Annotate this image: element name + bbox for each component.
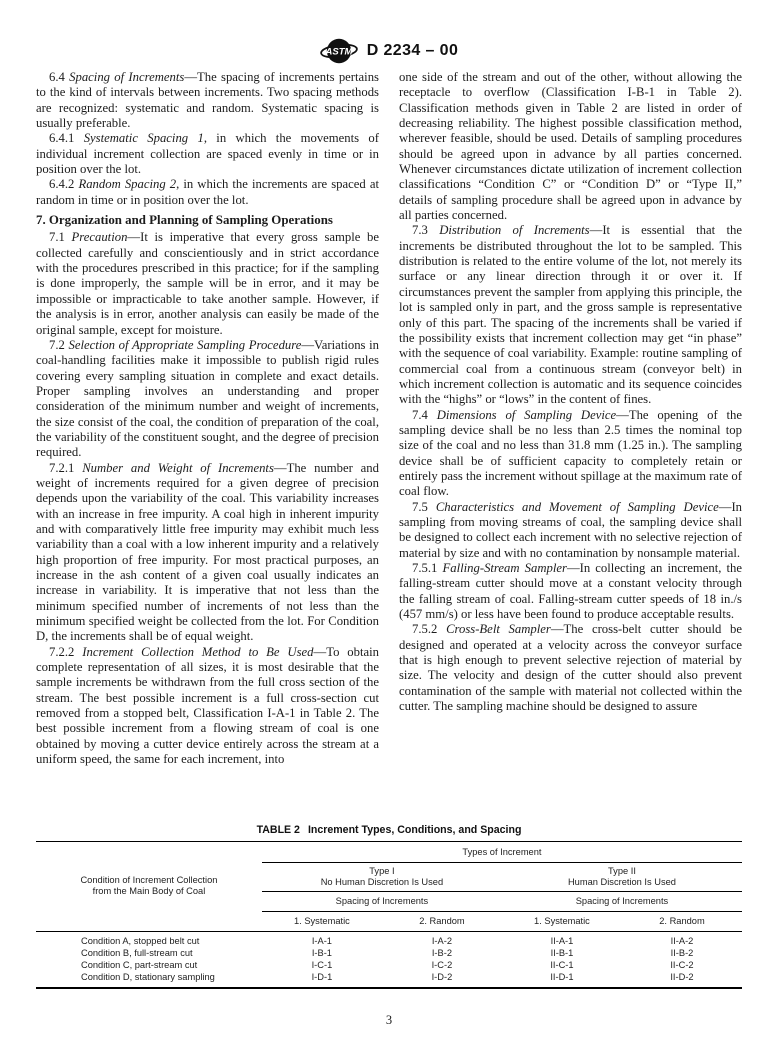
paragraph: 7.5 Characteristics and Movement of Samp… (399, 500, 742, 561)
spacing-header-type2: Spacing of Increments (502, 891, 742, 911)
doc-number: D 2234 – 00 (367, 42, 459, 60)
table-row: Condition C, part-stream cutI-C-1I-C-2II… (36, 959, 742, 971)
leaf-header-random-2: 2. Random (622, 911, 742, 931)
spacing-header-type1: Spacing of Increments (262, 891, 502, 911)
stub-header-line1: Condition of Increment Collection (42, 875, 256, 886)
type-1-header: Type I No Human Discretion Is Used (262, 862, 502, 891)
classification-code: II-D-1 (502, 971, 622, 987)
table-2: Condition of Increment Collection from t… (36, 841, 742, 989)
classification-code: I-D-2 (382, 971, 502, 987)
paragraph: 7.2.1 Number and Weight of Increments—Th… (36, 461, 379, 645)
classification-code: II-B-1 (502, 947, 622, 959)
section-heading: 7. Organization and Planning of Sampling… (36, 213, 379, 228)
document-page: ASTM D 2234 – 00 6.4 Spacing of Incremen… (0, 0, 778, 1041)
condition-label: Condition A, stopped belt cut (36, 931, 262, 947)
group-header: Types of Increment (262, 842, 742, 863)
table-title: TABLE 2Increment Types, Conditions, and … (36, 824, 742, 836)
classification-code: I-A-1 (262, 931, 382, 947)
doc-header: ASTM D 2234 – 00 (0, 0, 778, 68)
table-2-block: TABLE 2Increment Types, Conditions, and … (0, 824, 778, 989)
paragraph: 7.4 Dimensions of Sampling Device—The op… (399, 408, 742, 500)
paragraph: 7.5.2 Cross-Belt Sampler—The cross-belt … (399, 622, 742, 714)
paragraph: 6.4 Spacing of Increments—The spacing of… (36, 70, 379, 131)
page-number: 3 (386, 1013, 392, 1027)
table-row: Condition D, stationary samplingI-D-1I-D… (36, 971, 742, 987)
classification-code: II-A-1 (502, 931, 622, 947)
leaf-header-random-1: 2. Random (382, 911, 502, 931)
table-title-label: TABLE 2 (257, 824, 300, 836)
classification-code: I-B-2 (382, 947, 502, 959)
stub-header: Condition of Increment Collection from t… (36, 842, 262, 932)
condition-label: Condition D, stationary sampling (36, 971, 262, 987)
left-column: 6.4 Spacing of Increments—The spacing of… (36, 70, 379, 808)
right-column: one side of the stream and out of the ot… (399, 70, 742, 808)
classification-code: II-C-2 (622, 959, 742, 971)
svg-text:ASTM: ASTM (324, 47, 353, 58)
condition-label: Condition B, full-stream cut (36, 947, 262, 959)
paragraph: 7.3 Distribution of Increments—It is ess… (399, 223, 742, 407)
stub-header-line2: from the Main Body of Coal (42, 886, 256, 897)
classification-code: I-A-2 (382, 931, 502, 947)
paragraph: 6.4.2 Random Spacing 2, in which the inc… (36, 177, 379, 208)
classification-code: II-D-2 (622, 971, 742, 987)
table-title-text: Increment Types, Conditions, and Spacing (308, 824, 521, 836)
paragraph: 6.4.1 Systematic Spacing 1, in which the… (36, 131, 379, 177)
body-columns: 6.4 Spacing of Increments—The spacing of… (0, 70, 778, 808)
table-row: Condition A, stopped belt cutI-A-1I-A-2I… (36, 931, 742, 947)
paragraph: 7.2.2 Increment Collection Method to Be … (36, 645, 379, 768)
table-body: Condition A, stopped belt cutI-A-1I-A-2I… (36, 931, 742, 987)
classification-code: I-D-1 (262, 971, 382, 987)
condition-label: Condition C, part-stream cut (36, 959, 262, 971)
classification-code: I-B-1 (262, 947, 382, 959)
leaf-header-systematic-1: 1. Systematic (262, 911, 382, 931)
leaf-header-systematic-2: 1. Systematic (502, 911, 622, 931)
classification-code: I-C-2 (382, 959, 502, 971)
table-row: Condition B, full-stream cutI-B-1I-B-2II… (36, 947, 742, 959)
type-2-header: Type II Human Discretion Is Used (502, 862, 742, 891)
paragraph: 7.2 Selection of Appropriate Sampling Pr… (36, 338, 379, 461)
paragraph: one side of the stream and out of the ot… (399, 70, 742, 223)
classification-code: II-A-2 (622, 931, 742, 947)
classification-code: II-B-2 (622, 947, 742, 959)
classification-code: II-C-1 (502, 959, 622, 971)
astm-logo-icon: ASTM (320, 36, 358, 66)
page-footer: 3 (0, 1013, 778, 1028)
classification-code: I-C-1 (262, 959, 382, 971)
paragraph: 7.1 Precaution—It is imperative that eve… (36, 230, 379, 337)
paragraph: 7.5.1 Falling-Stream Sampler—In collecti… (399, 561, 742, 622)
